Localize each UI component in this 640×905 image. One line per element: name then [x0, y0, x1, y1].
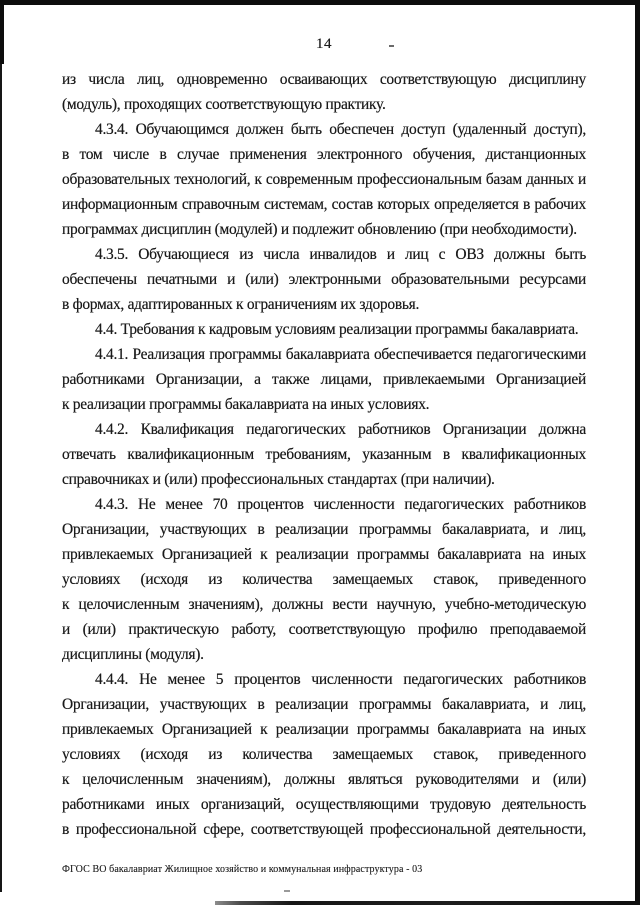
paragraph: из числа лиц, одновременно осваивающих с…	[62, 67, 586, 117]
text-line: отвечать квалификационным требованиям, у…	[62, 442, 586, 467]
text-line: привлекаемых Организацией к реализации п…	[62, 717, 586, 742]
scan-speck	[284, 890, 290, 892]
paragraph: 4.4.2. Квалификация педагогических работ…	[62, 417, 586, 492]
text-line: к реализации программы бакалавриата на и…	[62, 392, 586, 417]
text-line: привлекаемых Организацией к реализации п…	[62, 542, 586, 567]
text-line: Организации, участвующих в реализации пр…	[62, 517, 586, 542]
paragraph: 4.3.5. Обучающиеся из числа инвалидов и …	[62, 242, 586, 317]
text-line: в том числе в случае применения электрон…	[62, 142, 586, 167]
text-line: 4.4.1. Реализация программы бакалавриата…	[62, 342, 586, 367]
footer-note: ФГОС ВО бакалавриат Жилищное хозяйство и…	[62, 864, 422, 875]
text-line: обеспечены печатными и (или) электронным…	[62, 267, 586, 292]
text-line: работниками Организации, а также лицами,…	[62, 367, 586, 392]
text-line: образовательных технологий, к современны…	[62, 167, 586, 192]
text-line: в формах, адаптированных к ограничениям …	[62, 292, 586, 317]
scan-border-bottom	[215, 901, 640, 905]
text-line: условиях (исходя из количества замещаемы…	[62, 567, 586, 592]
document-page: 14 из числа лиц, одновременно осваивающи…	[0, 0, 640, 905]
text-line: 4.4.2. Квалификация педагогических работ…	[62, 417, 586, 442]
paragraph: 4.3.4. Обучающимся должен быть обеспечен…	[62, 117, 586, 242]
text-line: к целочисленным значениям), должны являт…	[62, 767, 586, 792]
text-body: из числа лиц, одновременно осваивающих с…	[62, 67, 586, 842]
scan-border-left-thick	[0, 0, 4, 64]
text-line: программах дисциплин (модулей) и подлежи…	[62, 217, 586, 242]
scan-border-right	[635, 0, 640, 905]
page-number: 14	[62, 36, 586, 53]
scan-border-top	[0, 0, 640, 5]
text-line: работниками иных организаций, осуществля…	[62, 792, 586, 817]
text-line: из числа лиц, одновременно осваивающих с…	[62, 67, 586, 92]
paragraph: 4.4.1. Реализация программы бакалавриата…	[62, 342, 586, 417]
text-line: дисциплины (модуля).	[62, 642, 586, 667]
text-line: 4.4.4. Не менее 5 процентов численности …	[62, 667, 586, 692]
paragraph: 4.4. Требования к кадровым условиям реал…	[62, 317, 586, 342]
text-line: условиях (исходя из количества замещаемы…	[62, 742, 586, 767]
text-line: к целочисленным значениям), должны вести…	[62, 592, 586, 617]
paragraph: 4.4.3. Не менее 70 процентов численности…	[62, 492, 586, 667]
scan-border-left	[0, 0, 2, 892]
text-line: 4.4. Требования к кадровым условиям реал…	[62, 317, 586, 342]
text-line: в профессиональной сфере, соответствующе…	[62, 817, 586, 842]
paragraph: 4.4.4. Не менее 5 процентов численности …	[62, 667, 586, 842]
text-line: справочниках и (или) профессиональных ст…	[62, 467, 586, 492]
text-line: 4.3.5. Обучающиеся из числа инвалидов и …	[62, 242, 586, 267]
text-line: 4.3.4. Обучающимся должен быть обеспечен…	[62, 117, 586, 142]
text-line: и (или) практическую работу, соответству…	[62, 617, 586, 642]
text-line: 4.4.3. Не менее 70 процентов численности…	[62, 492, 586, 517]
text-line: Организации, участвующих в реализации пр…	[62, 692, 586, 717]
text-line: (модуль), проходящих соответствующую пра…	[62, 92, 586, 117]
text-line: информационным справочным системам, сост…	[62, 192, 586, 217]
